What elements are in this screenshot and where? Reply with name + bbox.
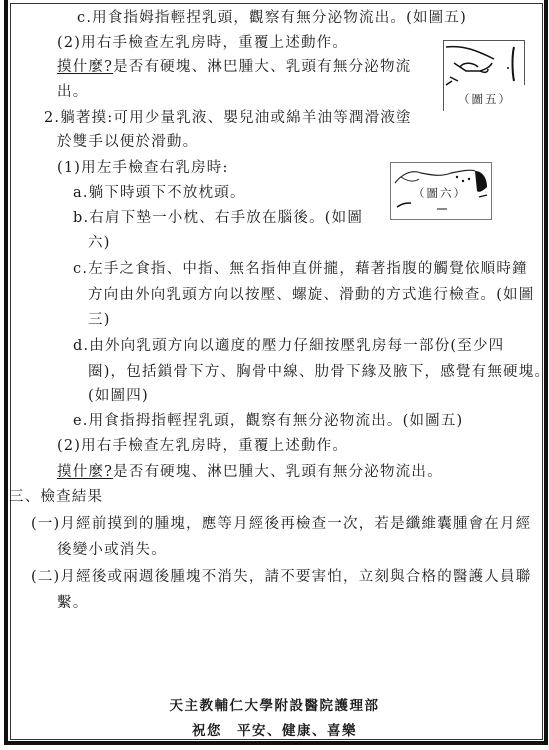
step-c-finger-pads: c.左手之食指、中指、無名指伸直併攏，藉著指腹的觸覺依順時鐘 (73, 259, 528, 279)
result-1-cont: 後變小或消失。 (57, 540, 167, 560)
step-b-cont: 六) (88, 233, 111, 253)
step-1-left-hand-check: (1)用左手檢查右乳房時: (57, 158, 229, 178)
footer-organization: 天主教輔仁大學附設醫院護理部 (0, 694, 549, 714)
step-c-cont2: 三) (88, 310, 111, 330)
step-2-right-hand-check: (2)用右手檢查左乳房時，重覆上述動作。 (57, 33, 348, 53)
what-to-feel-label-2: 摸什麼? (57, 464, 113, 480)
step-d-pressure: d.由外向乳頭方向以適度的壓力仔細按壓乳房每一部份(至少四 (73, 336, 504, 356)
figure-6-caption: （圖六） (413, 185, 467, 201)
step-2-right-hand-check-lying: (2)用右手檢查左乳房時，重覆上述動作。 (57, 436, 348, 456)
step-a-no-pillow: a.躺下時頭下不放枕頭。 (73, 183, 246, 203)
what-to-feel-line-2: 摸什麼?是否有硬塊、淋巴腫大、乳頭有無分泌物流出。 (57, 462, 443, 482)
what-to-feel-text: 是否有硬塊、淋巴腫大、乳頭有無分泌物流 (113, 59, 411, 75)
result-2-cont: 繫。 (57, 593, 88, 613)
step-d-cont2: (如圖四) (88, 386, 149, 406)
what-to-feel-cont: 出。 (57, 82, 88, 102)
figure-5-caption: （圖五） (458, 91, 512, 107)
section-3-results-heading: 三、檢查結果 (9, 487, 103, 507)
result-1: (一)月經前摸到的腫塊，應等月經後再檢查一次，若是纖維囊腫會在月經 (31, 514, 531, 534)
hand-illustration-icon (444, 41, 524, 91)
step-e-nipple-squeeze: e.用食指拇指輕捏乳頭，觀察有無分泌物流出。(如圖五) (73, 411, 463, 431)
footer-blessing: 祝您 平安、健康、喜樂 (0, 719, 549, 739)
what-to-feel-line: 摸什麼?是否有硬塊、淋巴腫大、乳頭有無分泌物流 (57, 57, 411, 77)
step-b-shoulder-pillow: b.右肩下墊一小枕、右手放在腦後。(如圖 (73, 208, 363, 228)
result-2: (二)月經後或兩週後腫塊不消失，請不要害怕，立刻與合格的醫護人員聯 (31, 567, 531, 587)
step-c-cont: 方向由外向乳頭方向以按壓、螺旋、滑動的方式進行檢查。(如圖 (88, 285, 534, 305)
what-to-feel-text-2: 是否有硬塊、淋巴腫大、乳頭有無分泌物流出。 (113, 464, 443, 480)
figure-6-lying-position: （圖六） (390, 162, 492, 220)
what-to-feel-label: 摸什麼? (57, 59, 113, 75)
step-d-cont: 圈)，包括鎖骨下方、胸骨中線、肋骨下緣及腋下，感覺有無硬塊。 (88, 362, 549, 382)
step-c-nipple-squeeze: c.用食指姆指輕捏乳頭，觀察有無分泌物流出。(如圖五) (77, 8, 467, 28)
lying-exam-cont: 於雙手以便於滑動。 (57, 132, 198, 152)
figure-5-nipple-squeeze: （圖五） (443, 40, 525, 111)
figure-5-right-edge (524, 41, 525, 85)
lying-exam-heading: 2.躺著摸:可用少量乳液、嬰兒油或綿羊油等潤滑液塗 (44, 108, 412, 128)
